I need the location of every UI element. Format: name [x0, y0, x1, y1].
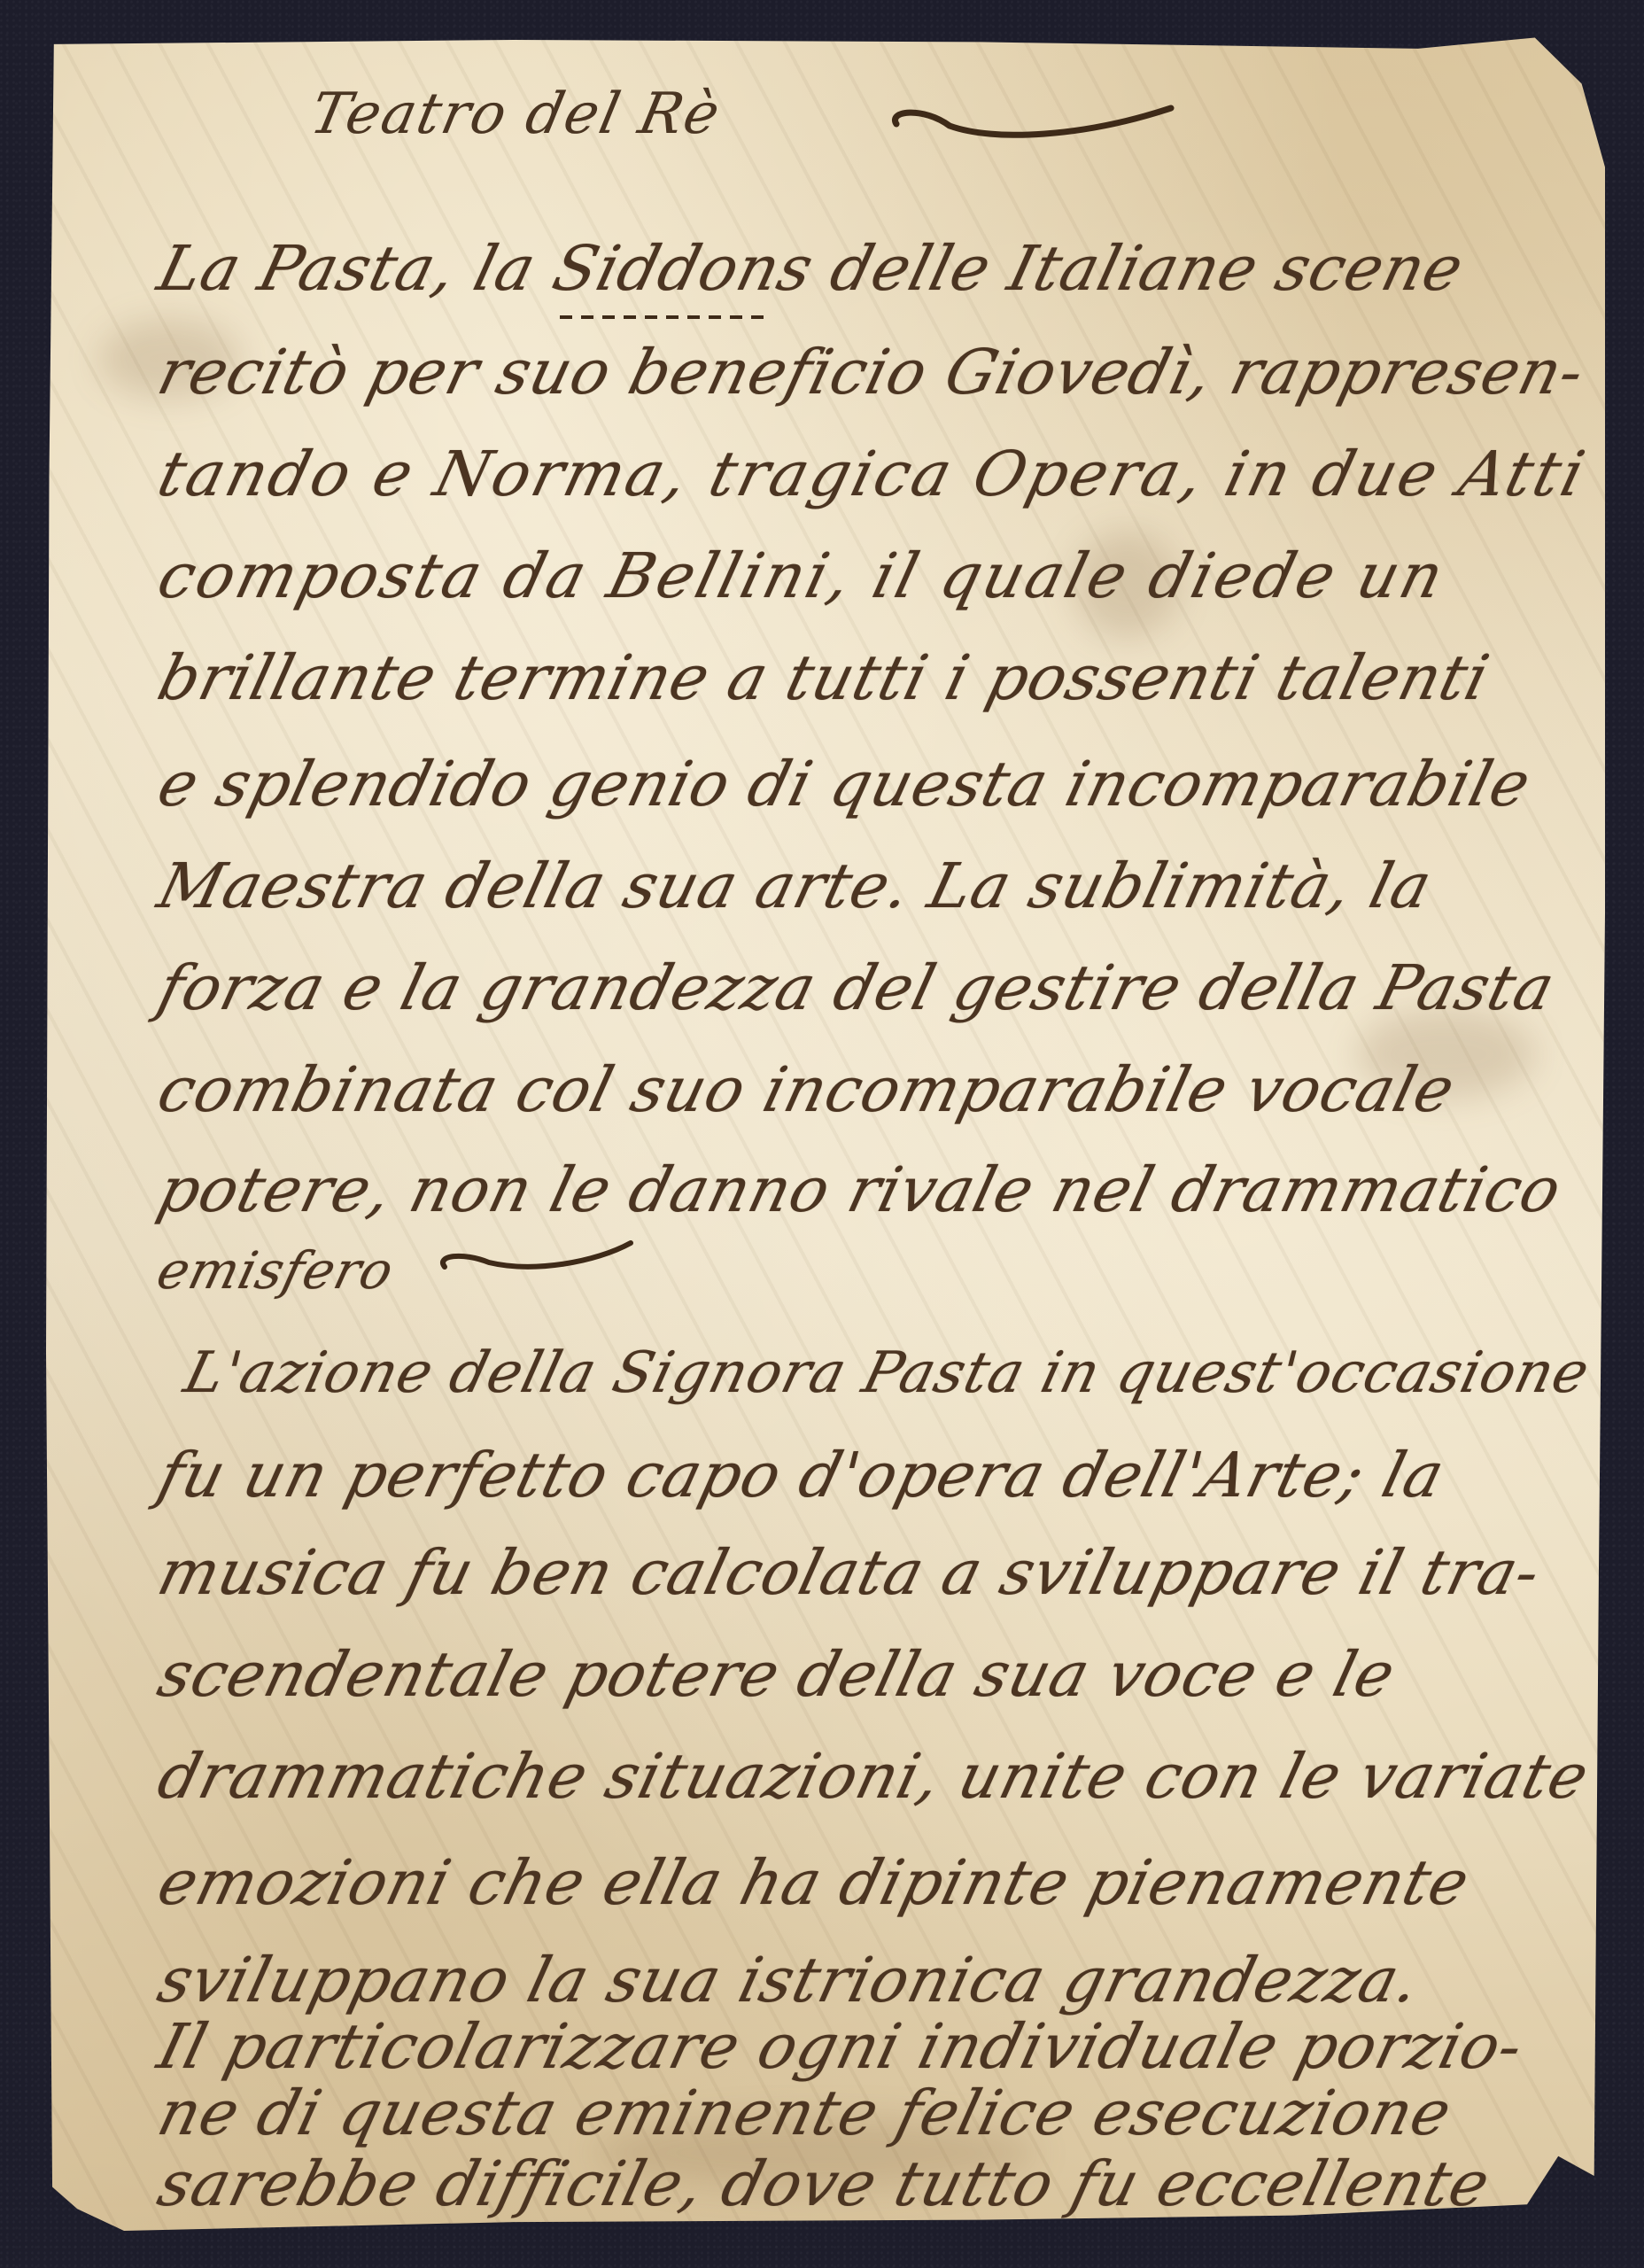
manuscript-line-2: recitò per suo beneficio Giovedì, rappre…: [152, 341, 1591, 403]
title-flourish-icon: [888, 97, 1180, 151]
manuscript-line-9: combinata col suo incomparabile vocale: [152, 1059, 1461, 1121]
manuscript-line-10: potere, non le danno rivale nel drammati…: [152, 1159, 1568, 1221]
manuscript-page: Teatro del Rè La Pasta, la Siddons delle…: [46, 35, 1605, 2231]
manuscript-line-13: fu un perfetto capo d'opera dell'Arte; l…: [152, 1444, 1451, 1506]
manuscript-line-12: L'azione della Signora Pasta in quest'oc…: [179, 1345, 1595, 1402]
page-title: Teatro del Rè: [305, 82, 726, 147]
manuscript-line-8: forza e la grandezza del gestire della P…: [152, 957, 1561, 1019]
manuscript-line-19: Il particolarizzare ogni individuale por…: [152, 2016, 1530, 2078]
manuscript-line-3: tando e Norma, tragica Opera, in due Att…: [152, 443, 1593, 505]
manuscript-line-6: e splendido genio di questa incomparabil…: [152, 753, 1537, 815]
manuscript-line-17: emozioni che ella ha dipinte pienamente: [152, 1852, 1476, 1914]
manuscript-line-5: brillante termine a tutti i possenti tal…: [152, 647, 1495, 709]
manuscript-line-7: Maestra della sua arte. La sublimità, la: [152, 855, 1438, 917]
manuscript-line-15: scendentale potere della sua voce e le: [152, 1643, 1401, 1705]
manuscript-line-4: composta da Bellini, il quale diede un: [152, 545, 1452, 607]
manuscript-line-14: musica fu ben calcolata a sviluppare il …: [152, 1542, 1547, 1604]
manuscript-line-1: La Pasta, la Siddons delle Italiane scen…: [152, 237, 1470, 299]
line-end-flourish-icon: [436, 1236, 640, 1280]
manuscript-line-20: ne di questa eminente felice esecuzione: [152, 2082, 1458, 2144]
manuscript-line-16: drammatiche situazioni, unite con le var…: [152, 1745, 1595, 1807]
dashed-underline-icon: [560, 312, 764, 322]
manuscript-line-21: sarebbe difficile, dove tutto fu eccelle…: [152, 2153, 1496, 2215]
manuscript-text: Teatro del Rè La Pasta, la Siddons delle…: [46, 35, 1605, 2231]
manuscript-line-18: sviluppano la sua istrionica grandezza.: [152, 1949, 1426, 2011]
manuscript-line-11: emisfero: [152, 1245, 399, 1296]
